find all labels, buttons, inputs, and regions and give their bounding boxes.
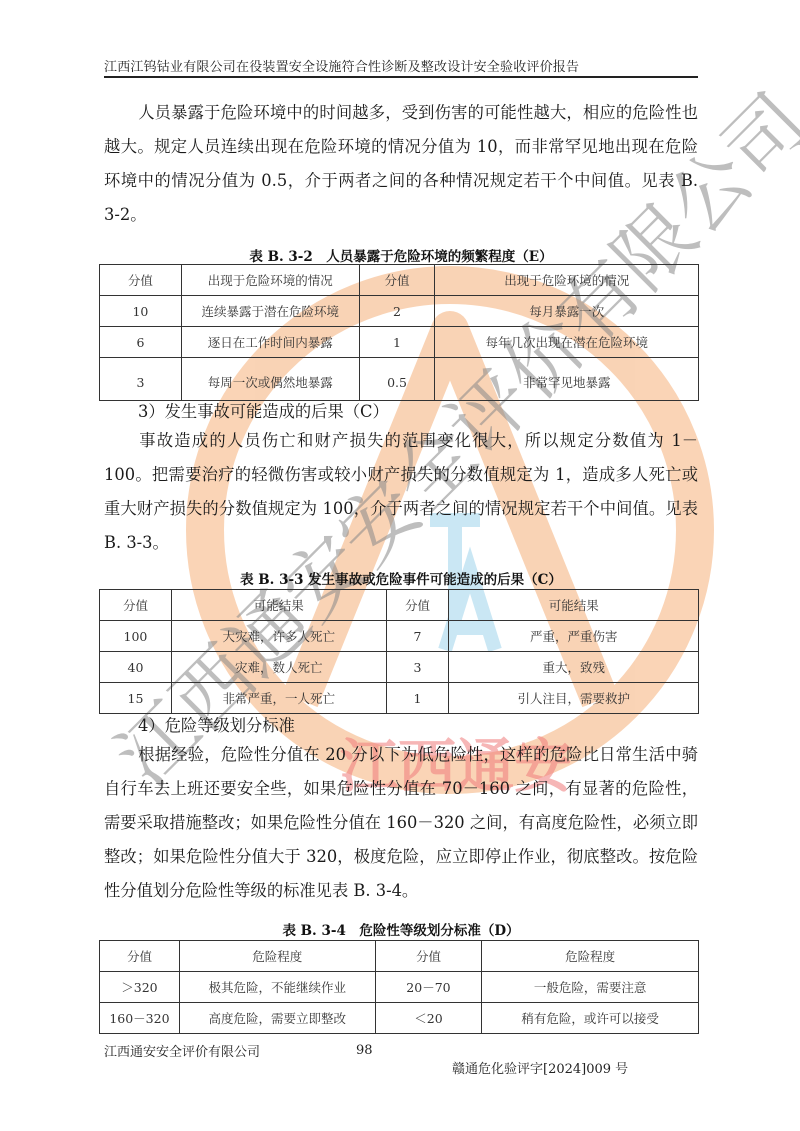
table-row: 6 逐日在工作时间内暴露 1 每年几次出现在潜在危险环境 bbox=[100, 327, 699, 358]
table-row: 15 非常严重，一人死亡 1 引人注目，需要救护 bbox=[100, 683, 699, 714]
table-cell: 每周一次或偶然地暴露 bbox=[181, 358, 359, 401]
table-cell: 1 bbox=[359, 327, 435, 358]
table-cell: 极其危险，不能继续作业 bbox=[179, 972, 375, 1003]
table-cell: 10 bbox=[100, 296, 182, 327]
table-header-row: 分值 出现于危险环境的情况 分值 出现于危险环境的情况 bbox=[100, 265, 699, 296]
paragraph-risk-level: 根据经验，危险性分值在 20 分以下为低危险性，这样的危险比日常生活中骑自行车去… bbox=[104, 738, 698, 908]
table-header-cell: 可能结果 bbox=[171, 590, 386, 621]
table-cell: 160－320 bbox=[100, 1003, 180, 1034]
table-header-cell: 出现于危险环境的情况 bbox=[435, 265, 699, 296]
paragraph-consequence-text: 事故造成的人员伤亡和财产损失的范围变化很大，所以规定分数值为 1－100。把需要… bbox=[104, 431, 698, 552]
table-b34-caption: 表 B. 3-4 危险性等级划分标准（D） bbox=[104, 919, 698, 939]
table-b33-caption: 表 B. 3-3 发生事故或危险事件可能造成的后果（C） bbox=[104, 568, 698, 588]
table-row: 3 每周一次或偶然地暴露 0.5 非常罕见地暴露 bbox=[100, 358, 699, 401]
table-cell: 引人注目，需要救护 bbox=[449, 683, 699, 714]
table-cell: 连续暴露于潜在危险环境 bbox=[181, 296, 359, 327]
table-cell: 0.5 bbox=[359, 358, 435, 401]
table-cell: 高度危险，需要立即整改 bbox=[179, 1003, 375, 1034]
table-row: 100 大灾难，许多人死亡 7 严重，严重伤害 bbox=[100, 621, 699, 652]
table-cell: 1 bbox=[386, 683, 449, 714]
table-cell: 3 bbox=[100, 358, 182, 401]
table-b33: 分值 可能结果 分值 可能结果 100 大灾难，许多人死亡 7 严重，严重伤害 … bbox=[99, 589, 699, 714]
table-cell: 灾难，数人死亡 bbox=[171, 652, 386, 683]
table-cell: 6 bbox=[100, 327, 182, 358]
table-b32-caption: 表 B. 3-2 人员暴露于危险环境的频繁程度（E） bbox=[104, 245, 698, 265]
table-header-cell: 分值 bbox=[100, 590, 172, 621]
table-cell: 大灾难，许多人死亡 bbox=[171, 621, 386, 652]
table-header-row: 分值 危险程度 分值 危险程度 bbox=[100, 941, 699, 972]
table-cell: 严重，严重伤害 bbox=[449, 621, 699, 652]
table-cell: 稍有危险，或许可以接受 bbox=[482, 1003, 699, 1034]
table-header-cell: 可能结果 bbox=[449, 590, 699, 621]
table-cell: 每月暴露一次 bbox=[435, 296, 699, 327]
table-cell: 逐日在工作时间内暴露 bbox=[181, 327, 359, 358]
paragraph-exposure-text: 人员暴露于危险环境中的时间越多，受到伤害的可能性越大，相应的危险性也越大。规定人… bbox=[104, 103, 698, 224]
table-b32: 分值 出现于危险环境的情况 分值 出现于危险环境的情况 10 连续暴露于潜在危险… bbox=[99, 264, 699, 401]
table-header-cell: 危险程度 bbox=[179, 941, 375, 972]
section-heading-consequence: 3）发生事故可能造成的后果（C） bbox=[138, 398, 389, 422]
table-cell: 2 bbox=[359, 296, 435, 327]
table-cell: 20－70 bbox=[375, 972, 482, 1003]
footer-doc-number: 赣通危化验评字[2024]009 号 bbox=[452, 1058, 628, 1077]
table-header-cell: 分值 bbox=[386, 590, 449, 621]
table-row: 10 连续暴露于潜在危险环境 2 每月暴露一次 bbox=[100, 296, 699, 327]
table-cell: ＜20 bbox=[375, 1003, 482, 1034]
header-divider bbox=[104, 76, 698, 78]
table-cell: 40 bbox=[100, 652, 172, 683]
page-number: 98 bbox=[356, 1043, 373, 1058]
table-cell: 非常严重，一人死亡 bbox=[171, 683, 386, 714]
table-header-cell: 分值 bbox=[359, 265, 435, 296]
table-cell: 重大，致残 bbox=[449, 652, 699, 683]
table-cell: 非常罕见地暴露 bbox=[435, 358, 699, 401]
table-cell: 15 bbox=[100, 683, 172, 714]
table-b34: 分值 危险程度 分值 危险程度 ＞320 极其危险，不能继续作业 20－70 一… bbox=[99, 940, 699, 1034]
document-header: 江西江钨钴业有限公司在役装置安全设施符合性诊断及整改设计安全验收评价报告 bbox=[104, 56, 698, 75]
table-cell: 100 bbox=[100, 621, 172, 652]
table-header-cell: 出现于危险环境的情况 bbox=[181, 265, 359, 296]
table-row: 160－320 高度危险，需要立即整改 ＜20 稍有危险，或许可以接受 bbox=[100, 1003, 699, 1034]
table-header-cell: 分值 bbox=[100, 265, 182, 296]
paragraph-risk-level-text: 根据经验，危险性分值在 20 分以下为低危险性，这样的危险比日常生活中骑自行车去… bbox=[104, 745, 698, 900]
table-cell: 3 bbox=[386, 652, 449, 683]
table-header-row: 分值 可能结果 分值 可能结果 bbox=[100, 590, 699, 621]
table-header-cell: 危险程度 bbox=[482, 941, 699, 972]
table-cell: 一般危险，需要注意 bbox=[482, 972, 699, 1003]
table-cell: 每年几次出现在潜在危险环境 bbox=[435, 327, 699, 358]
section-heading-risk-level: 4）危险等级划分标准 bbox=[138, 712, 295, 736]
table-row: 40 灾难，数人死亡 3 重大，致残 bbox=[100, 652, 699, 683]
footer-company: 江西通安安全评价有限公司 bbox=[104, 1041, 260, 1060]
paragraph-consequence: 事故造成的人员伤亡和财产损失的范围变化很大，所以规定分数值为 1－100。把需要… bbox=[104, 424, 698, 560]
table-cell: 7 bbox=[386, 621, 449, 652]
table-header-cell: 分值 bbox=[100, 941, 180, 972]
table-row: ＞320 极其危险，不能继续作业 20－70 一般危险，需要注意 bbox=[100, 972, 699, 1003]
table-cell: ＞320 bbox=[100, 972, 180, 1003]
table-header-cell: 分值 bbox=[375, 941, 482, 972]
paragraph-exposure: 人员暴露于危险环境中的时间越多，受到伤害的可能性越大，相应的危险性也越大。规定人… bbox=[104, 96, 698, 232]
document-page: 江西通安安全评价有限公司 江西通安 江西江钨钴业有限公司在役装置安全设施符合性诊… bbox=[0, 0, 800, 1131]
